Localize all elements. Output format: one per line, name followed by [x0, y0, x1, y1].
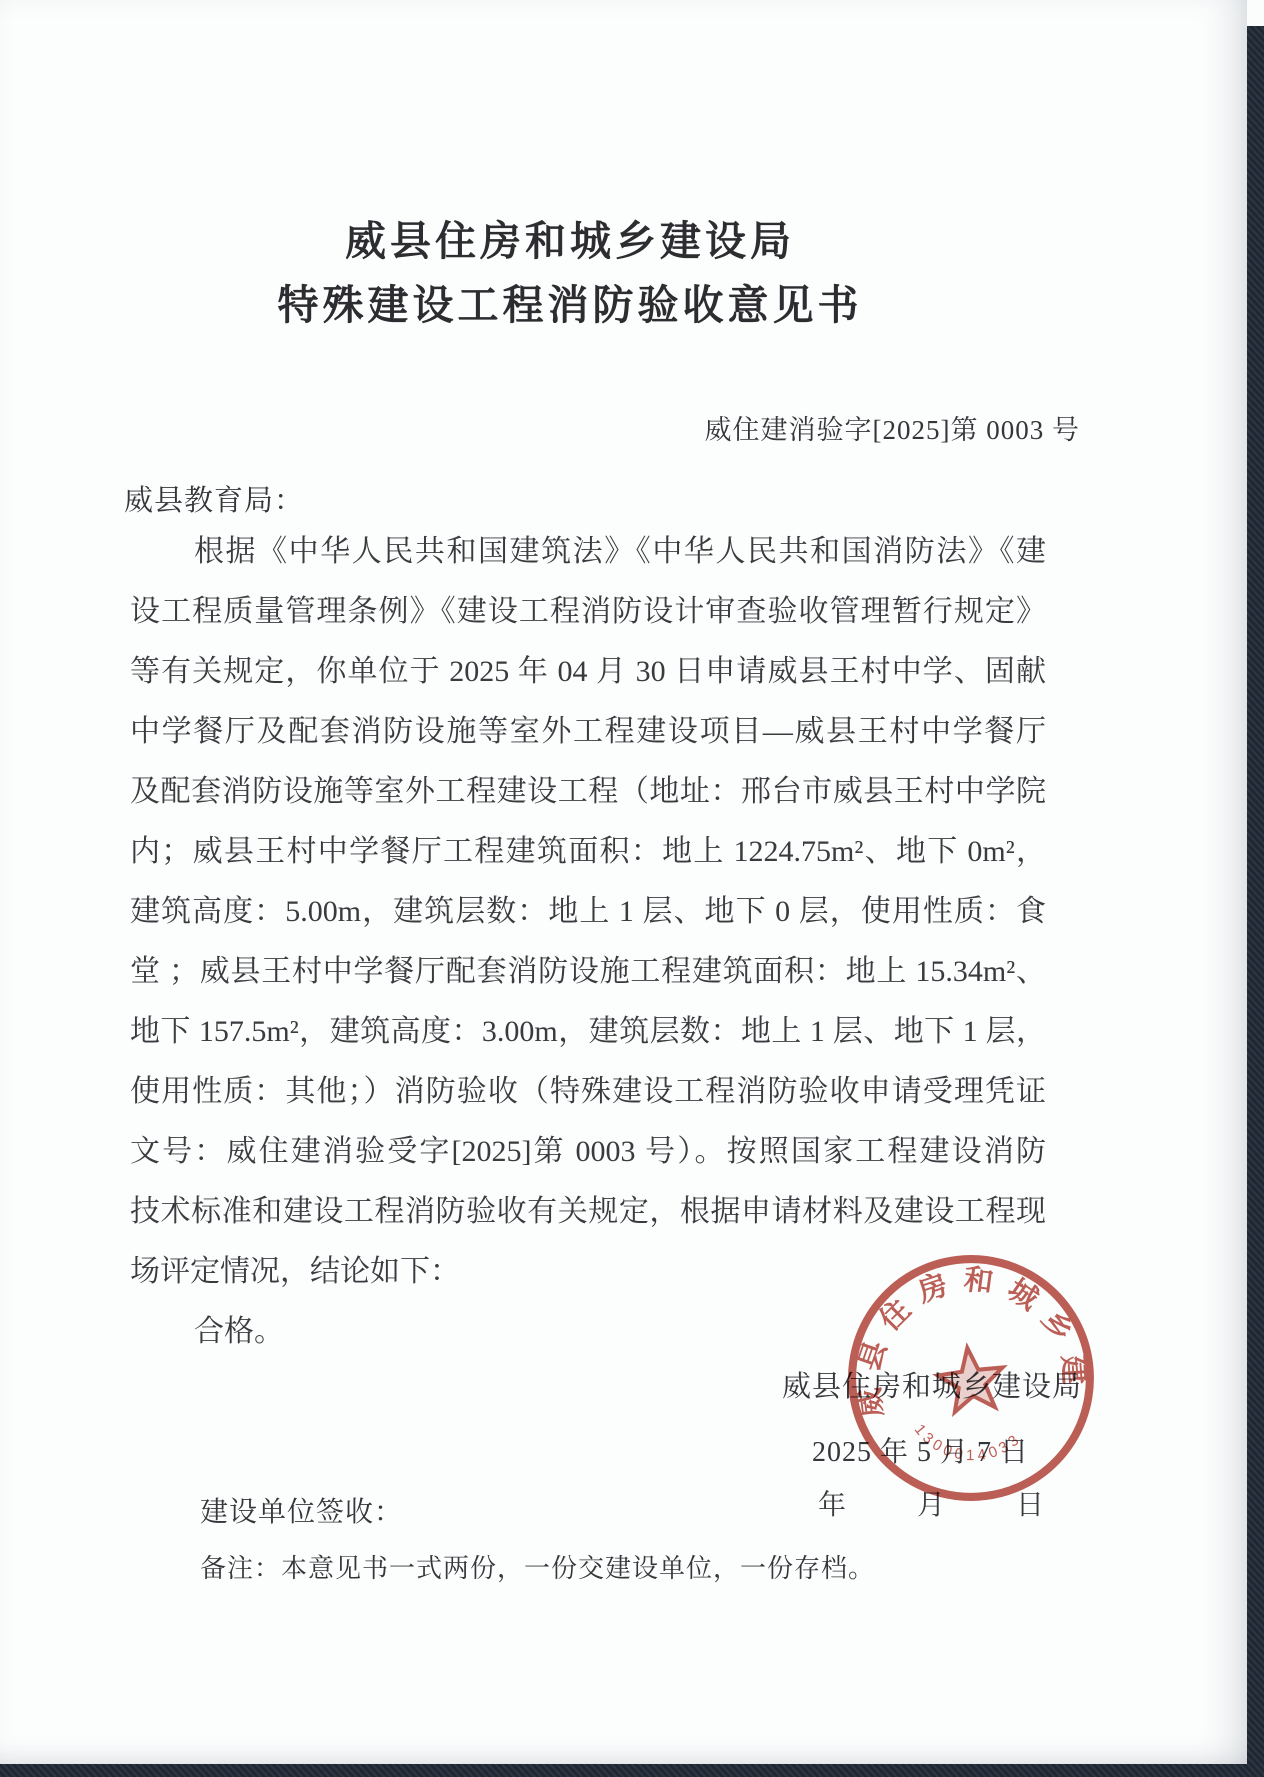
year-label: 年	[818, 1483, 846, 1523]
body-line: 中学餐厅及配套消防设施等室外工程建设项目—威县王村中学餐厅	[130, 712, 1046, 752]
body-line: 等有关规定，你单位于 2025 年 04 月 30 日申请威县王村中学、固献	[130, 652, 1046, 692]
body-line: 技术标准和建设工程消防验收有关规定，根据申请材料及建设工程现	[130, 1192, 1046, 1232]
body-line: 设工程质量管理条例》《建设工程消防设计审查验收管理暂行规定》	[130, 592, 1046, 632]
scanned-document-photo: 威县住房和城乡建设局 特殊建设工程消防验收意见书 威住建消验字[2025]第 0…	[0, 0, 1264, 1777]
document-title-line2: 特殊建设工程消防验收意见书	[0, 272, 1140, 331]
paper-edge	[1247, 0, 1264, 26]
body-line: 使用性质：其他；）消防验收（特殊建设工程消防验收申请受理凭证	[130, 1072, 1046, 1112]
body-line: 场评定情况，结论如下：	[130, 1252, 1046, 1292]
issuing-agency-signature: 威县住房和城乡建设局	[782, 1364, 1082, 1405]
recipient-sign-label: 建设单位签收：	[200, 1490, 403, 1530]
issue-date: 2025 年 5 月 7 日	[812, 1430, 1029, 1470]
body-line: 堂 ；威县王村中学餐厅配套消防设施工程建筑面积：地上 15.34m²、	[130, 952, 1046, 992]
addressee: 威县教育局：	[124, 478, 304, 519]
body-line: 文号：威住建消验受字[2025]第 0003 号）。按照国家工程建设消防	[130, 1132, 1046, 1172]
conclusion-line: 合格。	[130, 1312, 1046, 1352]
month-label: 月	[917, 1483, 945, 1523]
body-line: 内；威县王村中学餐厅工程建筑面积：地上 1224.75m²、地下 0m²，	[130, 832, 1046, 872]
blank-date-line: 年 月 日	[818, 1483, 1044, 1523]
body-line: 根据《中华人民共和国建筑法》《中华人民共和国消防法》《建	[130, 532, 1046, 572]
body-line: 及配套消防设施等室外工程建设工程（地址：邢台市威县王村中学院	[130, 772, 1046, 812]
document-number: 威住建消验字[2025]第 0003 号	[705, 408, 1080, 447]
document-title-line1: 威县住房和城乡建设局	[0, 208, 1140, 267]
body-line: 地下 157.5m²，建筑高度：3.00m，建筑层数：地上 1 层、地下 1 层…	[130, 1012, 1046, 1052]
day-label: 日	[1016, 1483, 1044, 1523]
body-line: 建筑高度：5.00m，建筑层数：地上 1 层、地下 0 层，使用性质：食	[130, 892, 1046, 932]
remark-note: 备注：本意见书一式两份，一份交建设单位，一份存档。	[200, 1548, 875, 1585]
